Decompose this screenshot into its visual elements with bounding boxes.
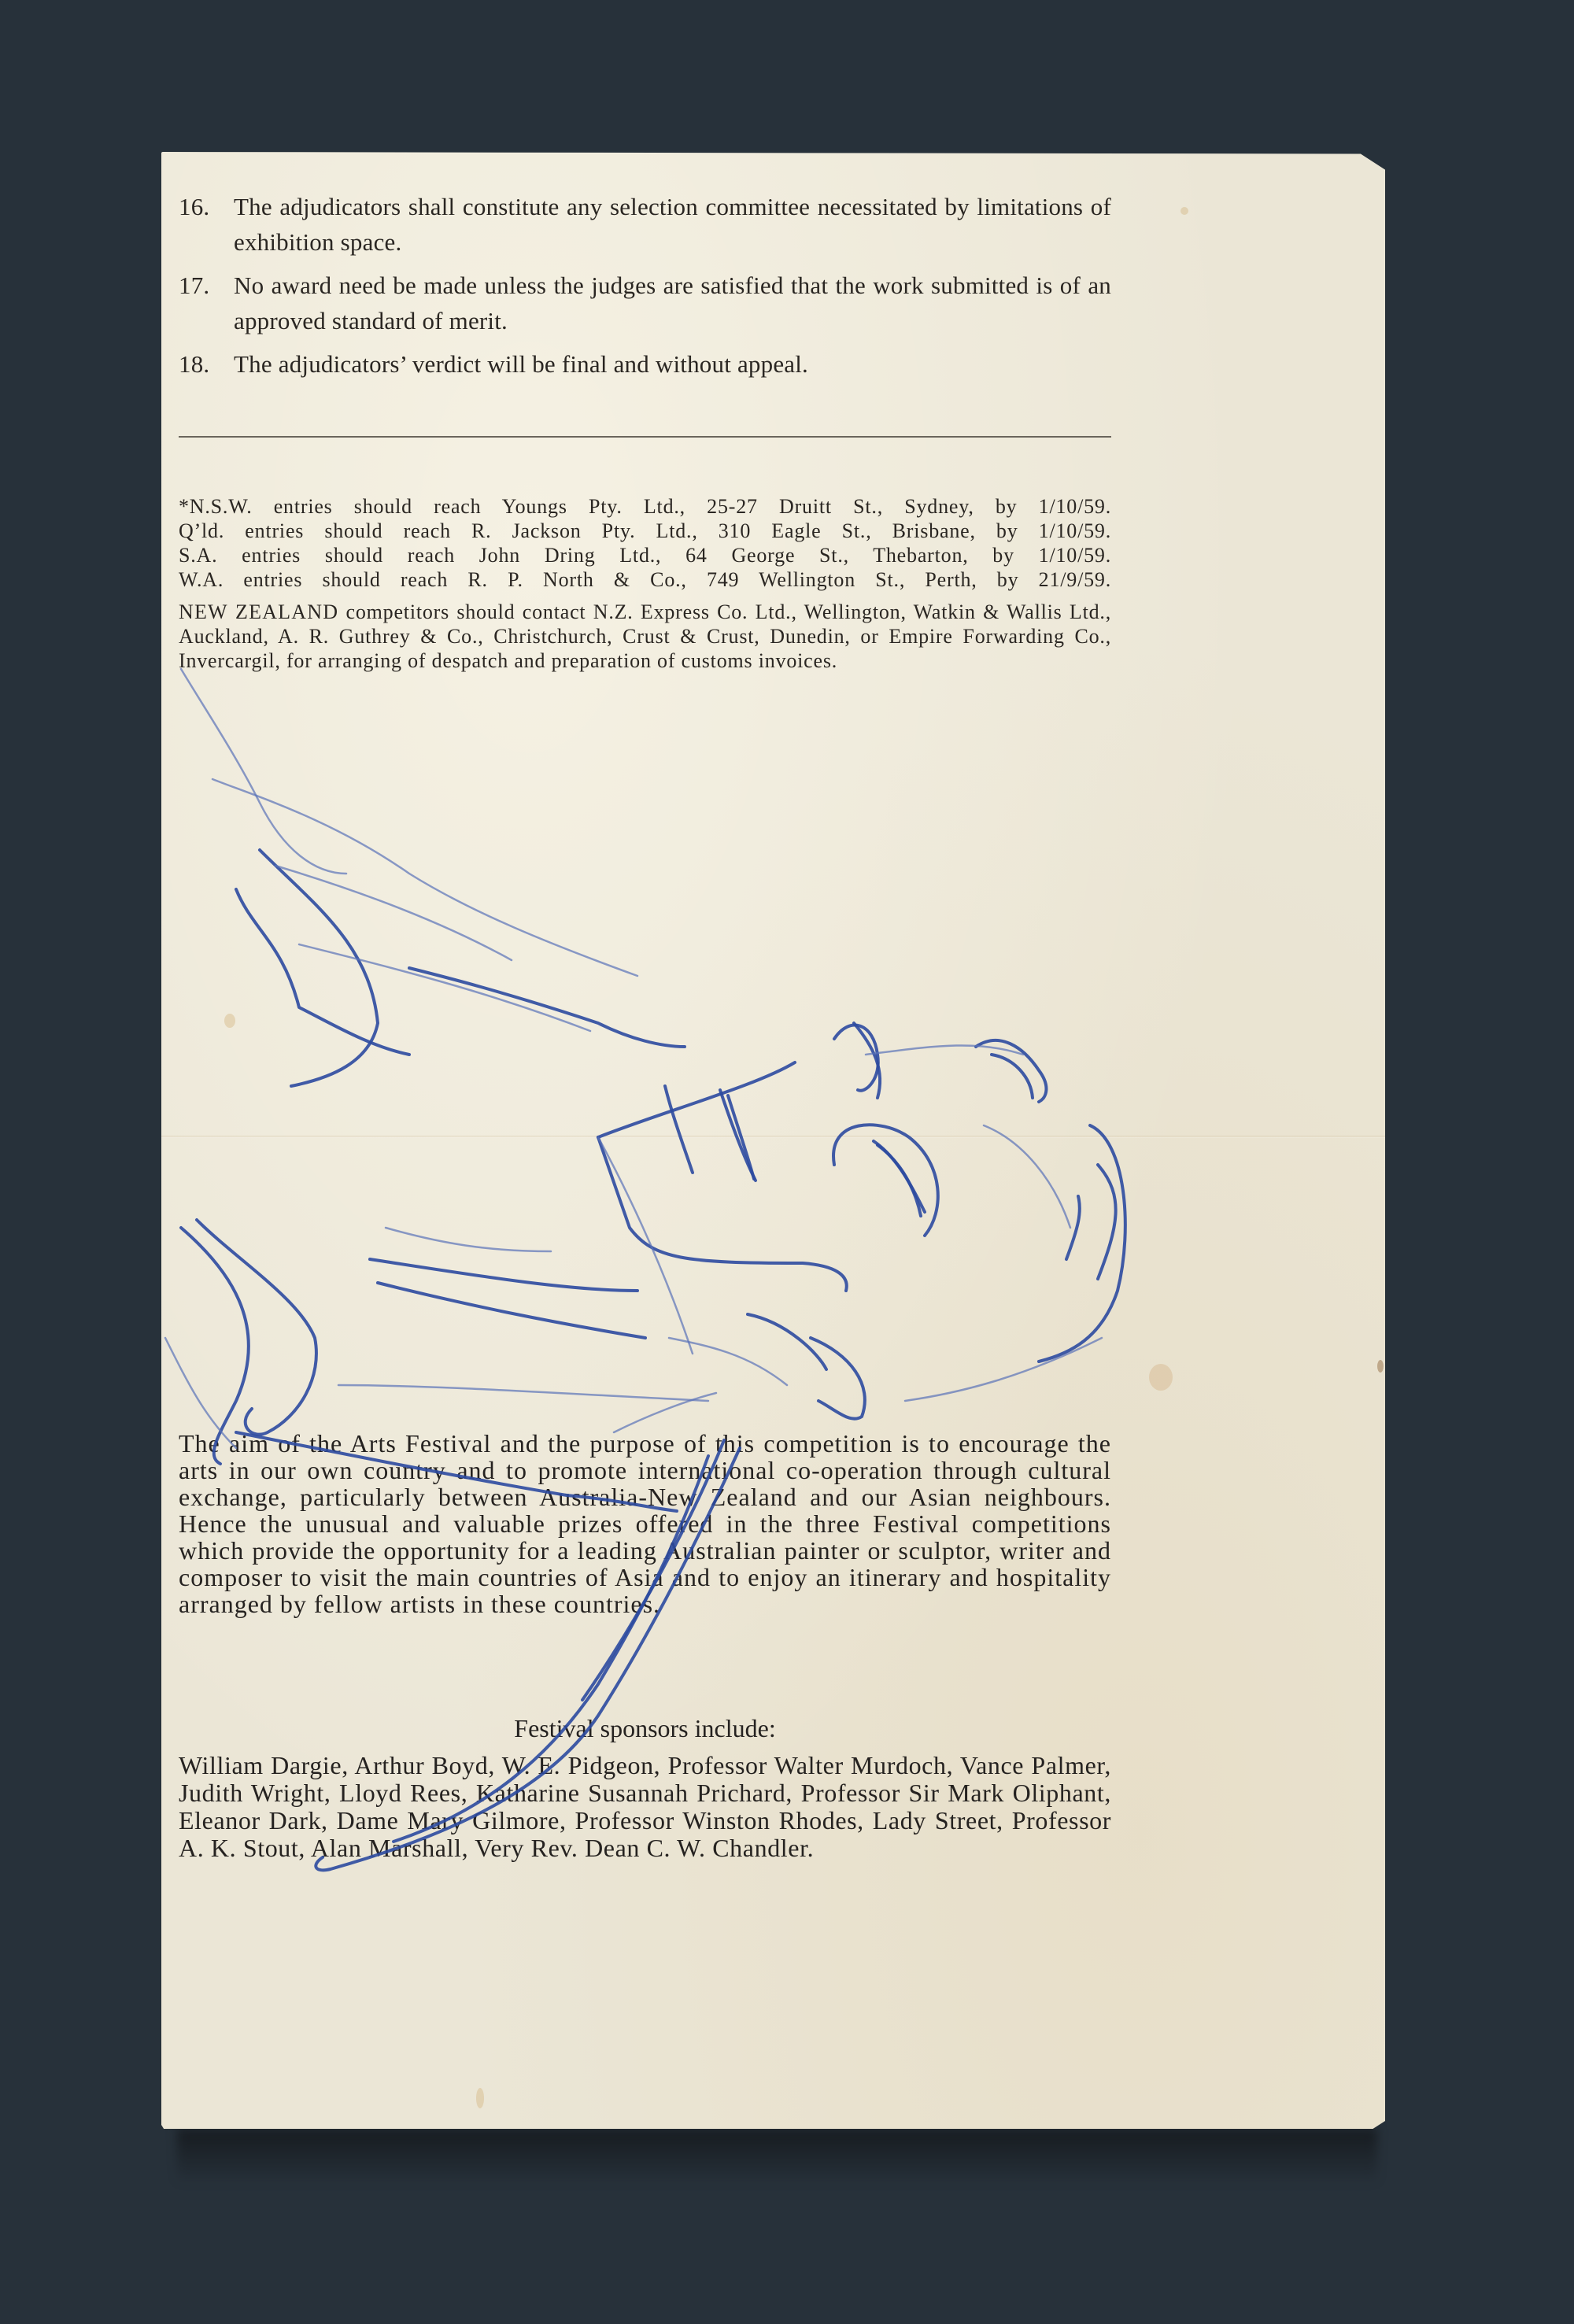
rule-item: 17. No award need be made unless the jud…: [179, 268, 1111, 338]
stain: [1377, 1360, 1384, 1373]
entry-line-sa: S.A. entries should reach John Dring Ltd…: [179, 543, 1111, 567]
rule-item: 18. The adjudicators’ verdict will be fi…: [179, 346, 1111, 382]
rules-list: 16. The adjudicators shall constitute an…: [179, 189, 1111, 390]
entry-instructions: *N.S.W. entries should reach Youngs Pty.…: [179, 494, 1111, 673]
sponsors-heading: Festival sponsors include:: [179, 1714, 1111, 1742]
sponsors-list: William Dargie, Arthur Boyd, W. E. Pidge…: [179, 1752, 1111, 1862]
fold-crease: [161, 1136, 1385, 1138]
stain: [476, 2088, 484, 2108]
entry-line-nsw: *N.S.W. entries should reach Youngs Pty.…: [179, 494, 1111, 519]
rule-number: 18.: [179, 346, 234, 382]
rule-number: 16.: [179, 189, 234, 260]
horizontal-divider: [179, 436, 1111, 438]
paper-shadow: [177, 2129, 1377, 2184]
stain: [224, 1014, 235, 1028]
rule-item: 16. The adjudicators shall constitute an…: [179, 189, 1111, 260]
new-zealand-paragraph: NEW ZEALAND competitors should contact N…: [179, 600, 1111, 673]
entry-line-wa: W.A. entries should reach R. P. North & …: [179, 567, 1111, 592]
stain: [1180, 207, 1188, 215]
entry-line-qld: Q’ld. entries should reach R. Jackson Pt…: [179, 519, 1111, 543]
rule-text: The adjudicators’ verdict will be final …: [234, 346, 1111, 382]
rule-number: 17.: [179, 268, 234, 338]
rule-text: The adjudicators shall constitute any se…: [234, 189, 1111, 260]
rule-text: No award need be made unless the judges …: [234, 268, 1111, 338]
aim-paragraph: The aim of the Arts Festival and the pur…: [179, 1430, 1111, 1617]
new-zealand-lead: NEW ZEALAND: [179, 600, 338, 623]
stain: [1149, 1364, 1173, 1391]
